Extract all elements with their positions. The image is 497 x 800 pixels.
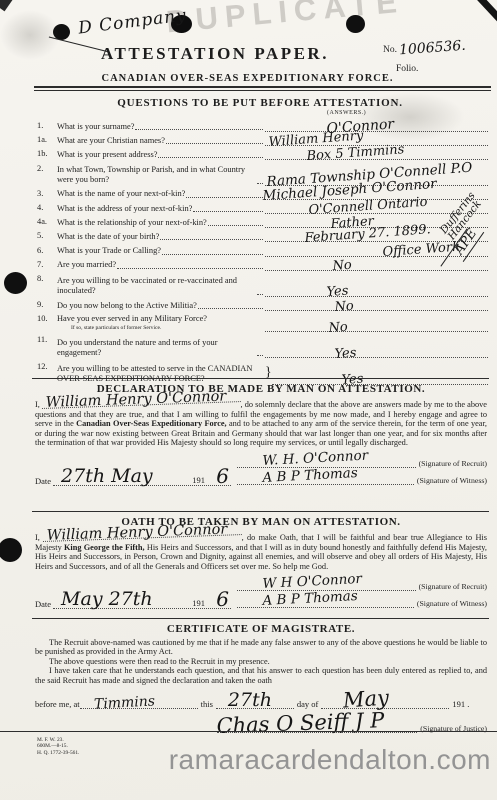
serial-number-handwritten: 1006536.	[399, 38, 467, 59]
dotted-leader	[162, 253, 263, 255]
date-line: 27th May 191 6	[53, 471, 231, 486]
hole-punch	[4, 272, 27, 294]
question-number: 6.	[37, 246, 57, 256]
this-label: this	[198, 699, 216, 709]
question-row: 1b. What is your present address? Box 5 …	[37, 149, 488, 160]
declaration-datesig: Date 27th May 191 6 W. H. O'Connor (Sign…	[35, 452, 487, 486]
answer-line: Yes	[265, 274, 488, 297]
website-watermark: ramaracardendalton.com	[169, 744, 491, 776]
no-label: No.	[383, 45, 397, 55]
scan-corner-mark	[0, 0, 13, 11]
force-subtitle: CANADIAN OVER-SEAS EXPEDITIONARY FORCE.	[40, 73, 455, 84]
question-text: What is the name of your next-of-kin?	[57, 189, 185, 199]
section-rule	[32, 618, 489, 619]
recruit-signature-row: W H O'Connor (Signature of Recruit)	[237, 575, 487, 591]
certificate-paragraph: I have taken care that he understands ea…	[35, 666, 487, 685]
dotted-leader	[257, 354, 263, 356]
answer-line: No	[265, 314, 488, 332]
question-text: Have you ever served in any Military For…	[57, 314, 207, 323]
question-row: 9. Do you now belong to the Active Milit…	[37, 300, 488, 311]
certificate-heading: CERTIFICATE OF MAGISTRATE.	[35, 623, 487, 635]
answer-handwritten: Box 5 Timmins	[306, 145, 404, 162]
form-print-code: M. F. W. 23. 600M.—8-15. H. Q. 1772-39-5…	[37, 737, 79, 756]
justice-signature-handwritten: Chas O Seiff J P	[216, 708, 385, 738]
answer-line: O'Connor	[265, 121, 488, 132]
day-line: 27th	[216, 692, 294, 709]
date-label: Date	[35, 476, 51, 486]
certificate-paragraph: The above questions were then read to th…	[35, 657, 487, 666]
answer-line: Box 5 Timmins	[265, 149, 488, 160]
recruit-name-handwritten: William Henry O'Connor	[43, 524, 242, 542]
dotted-leader	[160, 238, 263, 240]
declaration-text: I, William Henry O'Connor, do solemnly d…	[35, 398, 487, 448]
section-rule	[32, 378, 489, 379]
ink-blot	[346, 15, 365, 33]
question-number: 11.	[37, 335, 57, 345]
question-row: 4. What is the address of your next-of-k…	[37, 203, 488, 214]
question-text: What is the relationship of your next-of…	[57, 218, 207, 228]
question-number: 4.	[37, 203, 57, 213]
question-number: 12.	[37, 362, 57, 372]
dotted-leader	[257, 182, 263, 184]
year-printed: 191	[192, 475, 205, 485]
attestation-paper-scan: DUPLICATE D Company ATTESTATION PAPER. N…	[0, 0, 497, 800]
brace-glyph: }	[265, 368, 272, 378]
question-text: What is your surname?	[57, 122, 134, 132]
hole-punch	[0, 538, 22, 562]
certificate-before-line: before me, at Timmins this 27th day of M…	[35, 692, 487, 709]
question-number: 1b.	[37, 149, 57, 159]
dotted-leader	[135, 128, 263, 130]
question-number: 1a.	[37, 135, 57, 145]
answer-handwritten: No	[332, 261, 352, 273]
question-text: What are your Christian names?	[57, 136, 165, 146]
question-text: In what Town, Township or Parish, and in…	[57, 165, 256, 186]
dayof-label: day of	[294, 699, 321, 709]
date-handwritten: 27th May	[61, 465, 153, 487]
justice-signature-row: Chas O Seiff J P (Signature of Justice)	[35, 712, 487, 733]
question-number: 1.	[37, 121, 57, 131]
dotted-leader	[257, 293, 263, 295]
dotted-leader	[166, 142, 263, 144]
double-rule	[34, 86, 491, 91]
answer-line: No	[265, 260, 488, 271]
witness-signature-row: A B P Thomas (Signature of Witness)	[237, 469, 487, 485]
year-digit-handwritten: 6	[216, 464, 229, 488]
question-text: What is the address of your next-of-kin?	[57, 204, 192, 214]
certificate-section: CERTIFICATE OF MAGISTRATE. The Recruit a…	[35, 623, 487, 733]
dotted-leader	[208, 224, 263, 226]
question-number: 10.	[37, 314, 57, 324]
answer-line: Yes	[272, 362, 488, 385]
question-row: 1a. What are your Christian names? Willi…	[37, 135, 488, 146]
year-digit-handwritten: 6	[216, 587, 229, 611]
witness-signature-handwritten: A B P Thomas	[262, 588, 358, 609]
question-text: Are you willing to be attested to serve …	[57, 364, 265, 385]
question-row: 1. What is your surname? O'Connor	[37, 121, 488, 132]
answers-column-label: (ANSWERS.)	[327, 110, 366, 116]
date-handwritten: May 27th	[61, 588, 153, 610]
answer-handwritten: Office Work	[382, 243, 460, 259]
question-row: 5. What is the date of your birth? Febru…	[37, 231, 488, 242]
question-row: 11. Do you understand the nature and ter…	[37, 335, 488, 358]
answer-handwritten: Yes	[326, 287, 349, 299]
before-label: before me, at	[35, 699, 80, 709]
month-line: May	[321, 692, 449, 709]
recruit-name-handwritten: William Henry O'Connor	[42, 391, 241, 409]
witness-signature-handwritten: A B P Thomas	[262, 465, 358, 486]
question-text: Are you willing to be vaccinated or re-v…	[57, 276, 256, 297]
dotted-leader	[117, 267, 263, 269]
year-printed: 191 .	[449, 699, 469, 709]
question-number: 5.	[37, 231, 57, 241]
question-row: 6. What is your Trade or Calling? Office…	[37, 246, 488, 257]
question-text: Do you understand the nature and terms o…	[57, 338, 256, 359]
question-number: 9.	[37, 300, 57, 310]
question-number: 7.	[37, 260, 57, 270]
place-line: Timmins	[80, 692, 198, 709]
answer-handwritten: No	[328, 323, 348, 335]
witness-signature-row: A B P Thomas (Signature of Witness)	[237, 592, 487, 608]
section-rule	[32, 511, 489, 512]
dotted-leader	[193, 210, 263, 212]
question-number: 4a.	[37, 217, 57, 227]
question-number: 2.	[37, 164, 57, 174]
question-row: 10. Have you ever served in any Military…	[37, 314, 488, 332]
question-row: 7. Are you married? No	[37, 260, 488, 271]
question-text: Do you now belong to the Active Militia?	[57, 301, 197, 311]
question-text: Are you married?	[57, 260, 116, 270]
question-row: 8. Are you willing to be vaccinated or r…	[37, 274, 488, 297]
questions-heading: QUESTIONS TO BE PUT BEFORE ATTESTATION.	[35, 97, 485, 109]
answer-line: No	[265, 300, 488, 311]
serial-number: No. 1006536.	[383, 40, 466, 56]
question-note: If so, state particulars of former Servi…	[71, 325, 265, 331]
oath-datesig: Date May 27th 191 6 W H O'Connor (Signat…	[35, 575, 487, 609]
questions-list: 1. What is your surname? O'Connor 1a. Wh…	[37, 121, 488, 388]
oath-section: OATH TO BE TAKEN BY MAN ON ATTESTATION. …	[35, 516, 487, 609]
date-label: Date	[35, 599, 51, 609]
witness-signature-label: (Signature of Witness)	[414, 599, 487, 608]
question-text: What is your Trade or Calling?	[57, 246, 161, 256]
answer-line: Yes	[265, 335, 488, 358]
answer-handwritten: O'Connell Ontario	[308, 197, 428, 216]
recruit-signature-row: W. H. O'Connor (Signature of Recruit)	[237, 452, 487, 468]
scan-corner-mark	[471, 0, 497, 23]
page-title: ATTESTATION PAPER.	[0, 44, 430, 64]
date-line: May 27th 191 6	[53, 594, 231, 609]
question-number: 3.	[37, 189, 57, 199]
declaration-section: DECLARATION TO BE MADE BY MAN ON ATTESTA…	[35, 383, 487, 486]
question-text: What is your present address?	[57, 150, 157, 160]
recruit-signature-label: (Signature of Recruit)	[416, 582, 487, 591]
day-handwritten: 27th	[228, 689, 272, 711]
answer-handwritten: No	[334, 301, 354, 313]
question-row: 12. Are you willing to be attested to se…	[37, 362, 488, 385]
witness-signature-label: (Signature of Witness)	[414, 476, 487, 485]
dotted-leader	[198, 307, 263, 309]
dotted-leader	[186, 196, 263, 198]
oath-text: I, William Henry O'Connor, do make Oath,…	[35, 531, 487, 571]
year-printed: 191	[192, 598, 205, 608]
answer-handwritten: Yes	[334, 349, 357, 361]
certificate-paragraph: The Recruit above-named was cautioned by…	[35, 638, 487, 657]
place-handwritten: Timmins	[93, 693, 155, 712]
question-text: What is the date of your birth?	[57, 232, 159, 242]
dotted-leader	[158, 156, 263, 158]
question-number: 8.	[37, 274, 57, 284]
bottom-rule	[0, 731, 497, 732]
recruit-signature-label: (Signature of Recruit)	[416, 459, 487, 468]
